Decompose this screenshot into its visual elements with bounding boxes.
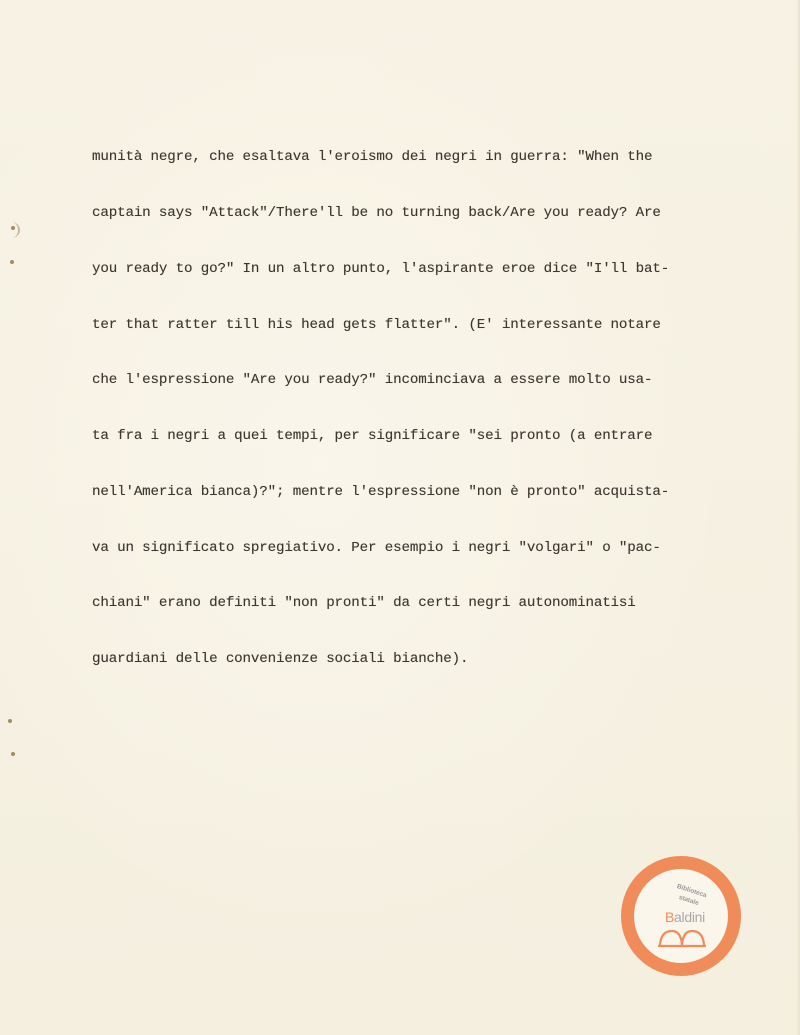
text-line: ter that ratter till his head gets flatt… <box>92 316 752 335</box>
stamp-inner-circle: Biblioteca statale Baldini <box>634 869 728 963</box>
typewritten-paragraph: munità negre, che esaltava l'eroismo dei… <box>92 111 752 706</box>
stamp-name-initial: B <box>665 909 674 925</box>
text-line: che l'espressione "Are you ready?" incom… <box>92 371 752 390</box>
page-edge-shadow <box>796 0 800 1035</box>
stamp-name: Baldini <box>665 909 705 925</box>
binding-dot-icon <box>8 719 12 723</box>
binding-mark-icon <box>4 222 20 238</box>
text-line: va un significato spregiativo. Per esemp… <box>92 539 752 558</box>
text-line: munità negre, che esaltava l'eroismo dei… <box>92 148 752 167</box>
text-line: nell'America bianca)?"; mentre l'espress… <box>92 483 752 502</box>
text-line: captain says "Attack"/There'll be no tur… <box>92 204 752 223</box>
binding-dot-icon <box>10 260 14 264</box>
scanned-page: munità negre, che esaltava l'eroismo dei… <box>0 0 800 1035</box>
text-line: guardiani delle convenienze sociali bian… <box>92 650 752 669</box>
stamp-name-rest: aldini <box>674 909 705 925</box>
binding-dot-icon <box>11 752 15 756</box>
binding-dot-icon <box>11 226 15 230</box>
text-line: ta fra i negri a quei tempi, per signifi… <box>92 427 752 446</box>
library-stamp-logo: Biblioteca statale Baldini <box>621 856 741 976</box>
text-line: chiani" erano definiti "non pronti" da c… <box>92 594 752 613</box>
open-book-icon <box>658 928 706 948</box>
text-line: you ready to go?" In un altro punto, l'a… <box>92 260 752 279</box>
